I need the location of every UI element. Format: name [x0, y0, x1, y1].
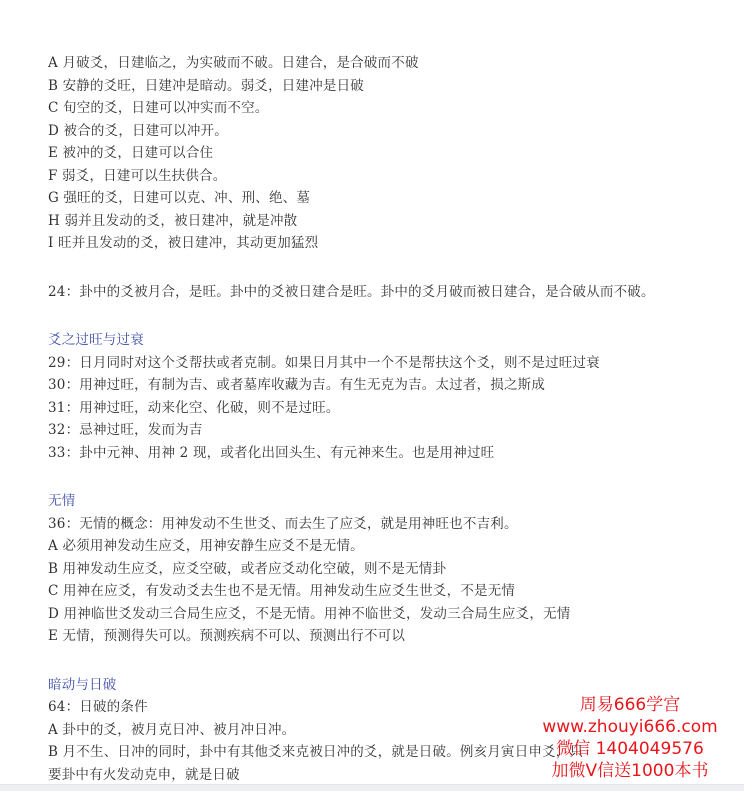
list-item: 36：无情的概念：用神发动不生世爻、而去生了应爻，就是用神旺也不吉利。 [48, 513, 728, 536]
watermark-promo: 加微V信送1000本书 [530, 760, 730, 782]
list-item: 31：用神过旺，动来化空、化破，则不是过旺。 [48, 397, 728, 420]
list-item: A 必须用神发动生应爻，用神安静生应爻不是无情。 [48, 535, 728, 558]
list-item: E 被冲的爻，日建可以合住 [48, 142, 728, 165]
list-item: A 月破爻，日建临之，为实破而不破。日建合，是合破而不破 [48, 52, 728, 75]
list-item: C 用神在应爻，有发动爻去生也不是无情。用神发动生应爻生世爻，不是无情 [48, 580, 728, 603]
document-body: A 月破爻，日建临之，为实破而不破。日建合，是合破而不破 B 安静的爻旺，日建冲… [48, 52, 728, 786]
list-item: 30：用神过旺，有制为吉、或者墓库收藏为吉。有生无克为吉。太过者，损之斯成 [48, 374, 728, 397]
watermark-url: www.zhouyi666.com [530, 716, 730, 738]
section-heartless: 无情 36：无情的概念：用神发动不生世爻、而去生了应爻，就是用神旺也不吉利。 A… [48, 490, 728, 648]
list-item: D 用神临世爻发动三合局生应爻，不是无情。用神不临世爻，发动三合局生应爻，无情 [48, 603, 728, 626]
list-item: 33：卦中元神、用神 2 现，或者化出回头生、有元神来生。也是用神过旺 [48, 442, 728, 465]
spacer [48, 255, 728, 281]
list-item: C 旬空的爻，日建可以冲实而不空。 [48, 97, 728, 120]
bottom-edge-bar [0, 784, 744, 791]
section-heading: 爻之过旺与过衰 [48, 329, 728, 352]
watermark-overlay: 周易666学宫 www.zhouyi666.com 微信 1404049576 … [530, 694, 730, 782]
spacer [48, 464, 728, 490]
list-item: F 弱爻，日建可以生扶供合。 [48, 165, 728, 188]
note-paragraph: 24：卦中的爻被月合，是旺。卦中的爻被日建合是旺。卦中的爻月破而被日建合，是合破… [48, 281, 658, 304]
watermark-wechat: 微信 1404049576 [530, 738, 730, 760]
section-heading: 暗动与日破 [48, 674, 728, 697]
list-item: 32：忌神过旺，发而为吉 [48, 419, 728, 442]
section-over-strong: 爻之过旺与过衰 29：日月同时对这个爻帮扶或者克制。如果日月其中一个不是帮扶这个… [48, 329, 728, 464]
spacer [48, 648, 728, 674]
list-item: 29：日月同时对这个爻帮扶或者克制。如果日月其中一个不是帮扶这个爻，则不是过旺过… [48, 352, 728, 375]
section-intro: A 月破爻，日建临之，为实破而不破。日建合，是合破而不破 B 安静的爻旺，日建冲… [48, 52, 728, 303]
list-item: D 被合的爻，日建可以冲开。 [48, 120, 728, 143]
watermark-title: 周易666学宫 [530, 694, 730, 716]
list-item: I 旺并且发动的爻，被日建冲，其动更加猛烈 [48, 232, 728, 255]
list-item: H 弱并且发动的爻，被日建冲，就是冲散 [48, 210, 728, 233]
section-heading: 无情 [48, 490, 728, 513]
list-item: B 用神发动生应爻，应爻空破，或者应爻动化空破，则不是无情卦 [48, 558, 728, 581]
spacer [48, 303, 728, 329]
list-item: G 强旺的爻，日建可以克、冲、刑、绝、墓 [48, 187, 728, 210]
list-item: B 安静的爻旺，日建冲是暗动。弱爻，日建冲是日破 [48, 75, 728, 98]
list-item: E 无情，预测得失可以。预测疾病不可以、预测出行不可以 [48, 625, 728, 648]
